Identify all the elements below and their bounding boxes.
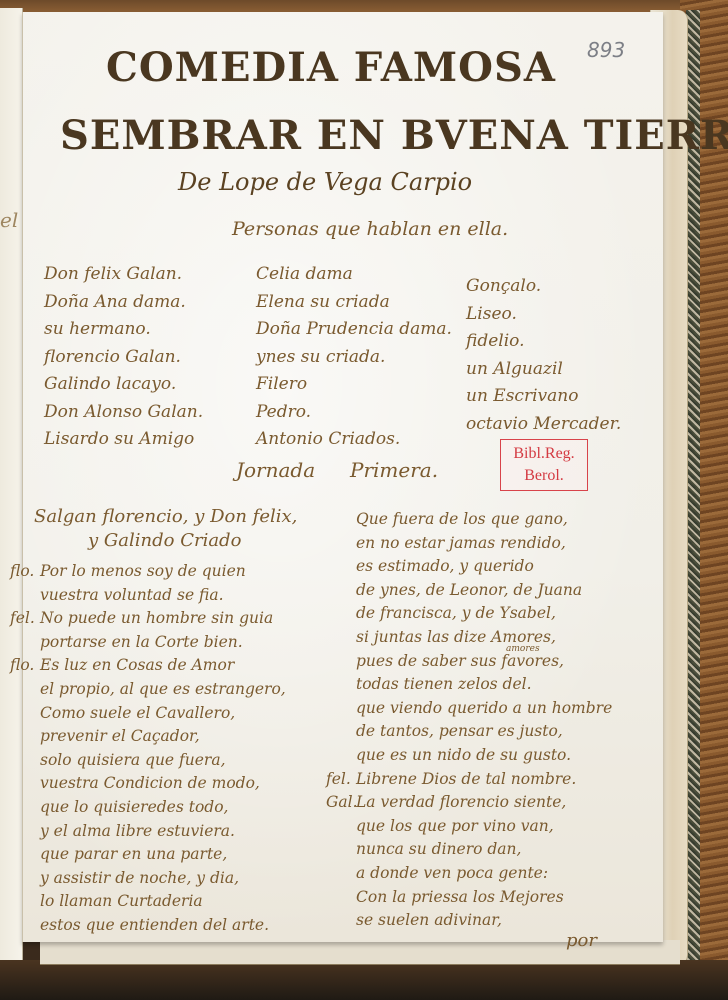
verse-line: que es un nido de su gusto.: [356, 746, 612, 770]
verse-text: que los que por vino van,: [356, 817, 554, 835]
cast-entry: Antonio Criados.: [256, 429, 452, 457]
cast-entry: ynes su criada.: [256, 347, 452, 375]
act-heading-primera: Primera.: [350, 458, 438, 482]
cast-entry: Doña Ana dama.: [44, 292, 203, 320]
cast-entry: Don Alonso Galan.: [44, 402, 203, 430]
verse-text: todas tienen zelos del.: [356, 675, 532, 693]
verse-line: vuestra voluntad se fia.: [40, 586, 286, 610]
cast-entry: fidelio.: [466, 331, 621, 359]
verse-line: vuestra Condicion de modo,: [40, 774, 286, 798]
verse-text: prevenir el Caçador,: [40, 727, 200, 745]
stamp-line-1: Bibl.Reg.: [501, 443, 587, 465]
verse-text: que lo quisieredes todo,: [40, 798, 228, 816]
verse-line: que parar en una parte,: [40, 845, 286, 869]
verse-text: Librene Dios de tal nombre.: [356, 770, 576, 788]
cast-list-column-2: Celia dama Elena su criada Doña Prudenci…: [256, 264, 452, 457]
cast-entry: Gonçalo.: [466, 276, 621, 304]
stage-direction-line-1: Salgan florencio, y Don felix,: [34, 506, 297, 527]
speaker-label: flo.: [10, 656, 34, 674]
speaker-label: fel.: [10, 609, 35, 627]
verse-line: en no estar jamas rendido,: [356, 534, 612, 558]
cast-entry: un Escrivano: [466, 386, 621, 414]
cast-entry: Doña Prudencia dama.: [256, 319, 452, 347]
verse-line: portarse en la Corte bien.: [40, 633, 286, 657]
verse-line: prevenir el Caçador,: [40, 727, 286, 751]
catchword: por: [566, 930, 597, 951]
cast-entry: su hermano.: [44, 319, 203, 347]
cast-entry: Galindo lacayo.: [44, 374, 203, 402]
verse-text: que parar en una parte,: [40, 845, 227, 863]
cast-entry: Don felix Galan.: [44, 264, 203, 292]
verse-line: fel.Librene Dios de tal nombre.: [356, 770, 612, 794]
verse-text: el propio, al que es estrangero,: [40, 680, 286, 698]
verse-text: vuestra voluntad se fia.: [40, 586, 224, 604]
verse-text: No puede un hombre sin guia: [40, 609, 273, 627]
verse-line: que viendo querido a un hombre: [356, 699, 612, 723]
cast-entry: Pedro.: [256, 402, 452, 430]
verse-text: estos que entienden del arte.: [40, 916, 269, 934]
cast-entry: Liseo.: [466, 304, 621, 332]
verse-line: Como suele el Cavallero,: [40, 704, 286, 728]
cast-entry: florencio Galan.: [44, 347, 203, 375]
verse-line: de tantos, pensar es justo,: [356, 722, 612, 746]
verse-line: estos que entienden del arte.: [40, 916, 286, 940]
act-heading-jornada: Jornada: [236, 458, 315, 482]
cast-entry: Elena su criada: [256, 292, 452, 320]
verse-line: y el alma libre estuviera.: [40, 822, 286, 846]
verse-line: que lo quisieredes todo,: [40, 798, 286, 822]
verse-line: todas tienen zelos del.: [356, 675, 612, 699]
verse-column-right: Que fuera de los que gano, en no estar j…: [356, 510, 612, 935]
stamp-line-2: Berol.: [501, 465, 587, 487]
cast-entry: octavio Mercader.: [466, 414, 621, 442]
library-stamp: Bibl.Reg. Berol.: [500, 439, 588, 491]
verse-line: solo quisiera que fuera,: [40, 751, 286, 775]
verse-text: portarse en la Corte bien.: [40, 633, 243, 651]
book-binding-top: [0, 0, 728, 12]
author-line: De Lope de Vega Carpio: [178, 168, 472, 196]
stage-direction-line-2: y Galindo Criado: [88, 530, 241, 551]
verse-text: Como suele el Cavallero,: [40, 704, 235, 722]
verse-text: solo quisiera que fuera,: [40, 751, 226, 769]
verse-line: nunca su dinero dan,: [356, 840, 612, 864]
verse-text: Es luz en Cosas de Amor: [40, 656, 234, 674]
verse-text: que es un nido de su gusto.: [356, 746, 571, 764]
verse-text: de ynes, de Leonor, de Juana: [356, 581, 582, 599]
verse-text: que viendo querido a un hombre: [356, 699, 612, 717]
verse-text: lo llaman Curtaderia: [40, 892, 203, 910]
verse-line: y assistir de noche, y dia,: [40, 869, 286, 893]
cast-entry: Filero: [256, 374, 452, 402]
cast-entry: un Alguazil: [466, 359, 621, 387]
cast-list-column-1: Don felix Galan. Doña Ana dama. su herma…: [44, 264, 203, 457]
speaker-label: fel.: [326, 770, 351, 788]
verse-text: y assistir de noche, y dia,: [40, 869, 239, 887]
speaker-label: flo.: [10, 562, 34, 580]
verse-column-left: flo.Por lo menos soy de quien vuestra vo…: [40, 562, 286, 940]
verse-line: que los que por vino van,: [356, 817, 612, 841]
verse-text: Por lo menos soy de quien: [40, 562, 246, 580]
verse-text: de francisca, y de Ysabel,: [356, 604, 556, 622]
cast-entry: Celia dama: [256, 264, 452, 292]
verse-text: pues de saber sus favores,: [356, 652, 564, 670]
verse-text: a donde ven poca gente:: [356, 864, 548, 882]
verse-text: se suelen adivinar,: [356, 911, 502, 929]
book-binding-bottom: [0, 960, 728, 1000]
verse-line: flo.Por lo menos soy de quien: [40, 562, 286, 586]
interlinear-correction: amores: [506, 644, 540, 654]
verse-line: lo llaman Curtaderia: [40, 892, 286, 916]
verse-line: Gal.La verdad florencio siente,: [356, 793, 612, 817]
personas-heading: Personas que hablan en ella.: [232, 218, 508, 240]
cast-list-column-3: Gonçalo. Liseo. fidelio. un Alguazil un …: [466, 276, 621, 441]
verse-text: de tantos, pensar es justo,: [356, 722, 563, 740]
title-line-2: SEMBRAR EN BVENA TIERR: [60, 112, 728, 159]
verse-text: Que fuera de los que gano,: [356, 510, 568, 528]
verse-text: La verdad florencio siente,: [356, 793, 566, 811]
verse-line: fel.No puede un hombre sin guia: [40, 609, 286, 633]
facing-page-fragment: el: [0, 208, 18, 232]
verse-text: vuestra Condicion de modo,: [40, 774, 260, 792]
verse-line: flo.Es luz en Cosas de Amor: [40, 656, 286, 680]
verse-line: Con la priessa los Mejores: [356, 888, 612, 912]
verse-text: nunca su dinero dan,: [356, 840, 521, 858]
verse-text: Con la priessa los Mejores: [356, 888, 564, 906]
cast-entry: Lisardo su Amigo: [44, 429, 203, 457]
verse-line: de francisca, y de Ysabel,: [356, 604, 612, 628]
verse-line: es estimado, y querido: [356, 557, 612, 581]
verse-line: si juntas las dize Amores,: [356, 628, 612, 652]
verse-line: el propio, al que es estrangero,: [40, 680, 286, 704]
verse-line: de ynes, de Leonor, de Juana: [356, 581, 612, 605]
verse-text: y el alma libre estuviera.: [40, 822, 235, 840]
verse-line: pues de saber sus favores,amores: [356, 652, 612, 676]
speaker-label: Gal.: [326, 793, 358, 811]
verse-text: es estimado, y querido: [356, 557, 534, 575]
title-line-1: COMEDIA FAMOSA: [106, 44, 556, 91]
verse-text: en no estar jamas rendido,: [356, 534, 566, 552]
folio-number: 893: [587, 38, 625, 62]
facing-page-edge: el: [0, 8, 23, 968]
verse-line: Que fuera de los que gano,: [356, 510, 612, 534]
verse-line: a donde ven poca gente:: [356, 864, 612, 888]
